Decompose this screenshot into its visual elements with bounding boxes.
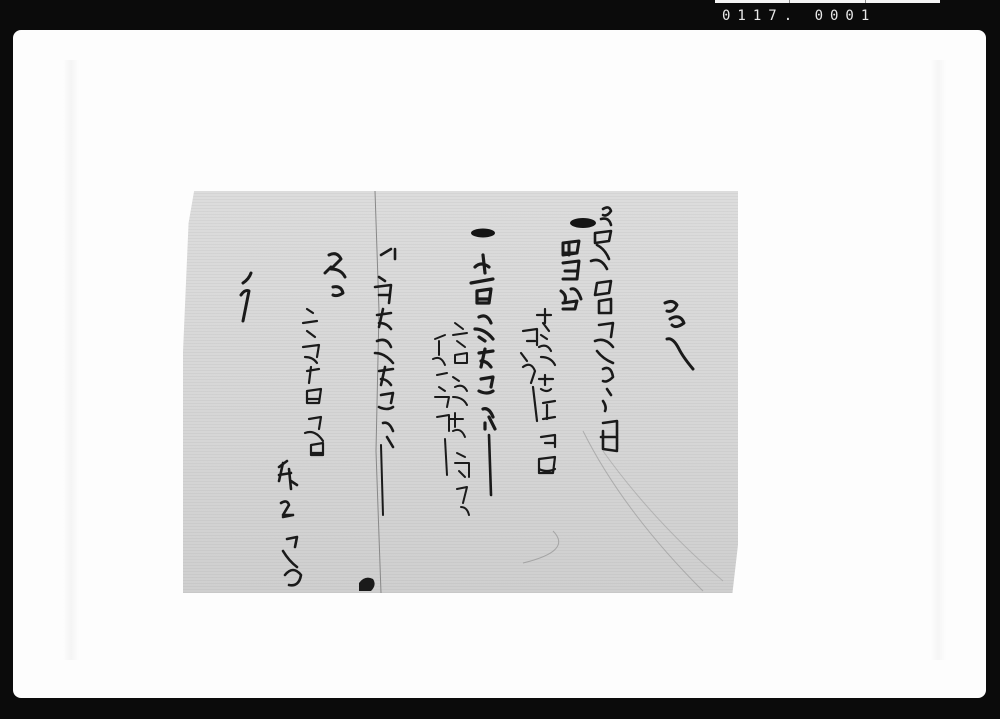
column-signature [325,254,345,296]
strip-segment [715,0,790,3]
film-top-strip [715,0,940,3]
column-item-2 [471,229,495,496]
mount-shadow [930,60,946,660]
paper-fold [375,191,381,593]
column-sender [279,461,301,585]
column-closing [241,273,251,321]
frame-number: 0117. 0001 [722,7,876,25]
ink-blot [359,578,375,591]
column-date [303,309,323,455]
strip-segment [790,0,865,3]
strip-segment [866,0,940,3]
column-heading [665,301,693,369]
handwriting-strokes [183,191,738,593]
manuscript-page [183,191,738,593]
column-item-1-note [521,309,555,473]
column-item-2-note [433,323,469,515]
column-item-1 [561,207,617,451]
mount-shadow [63,60,79,660]
